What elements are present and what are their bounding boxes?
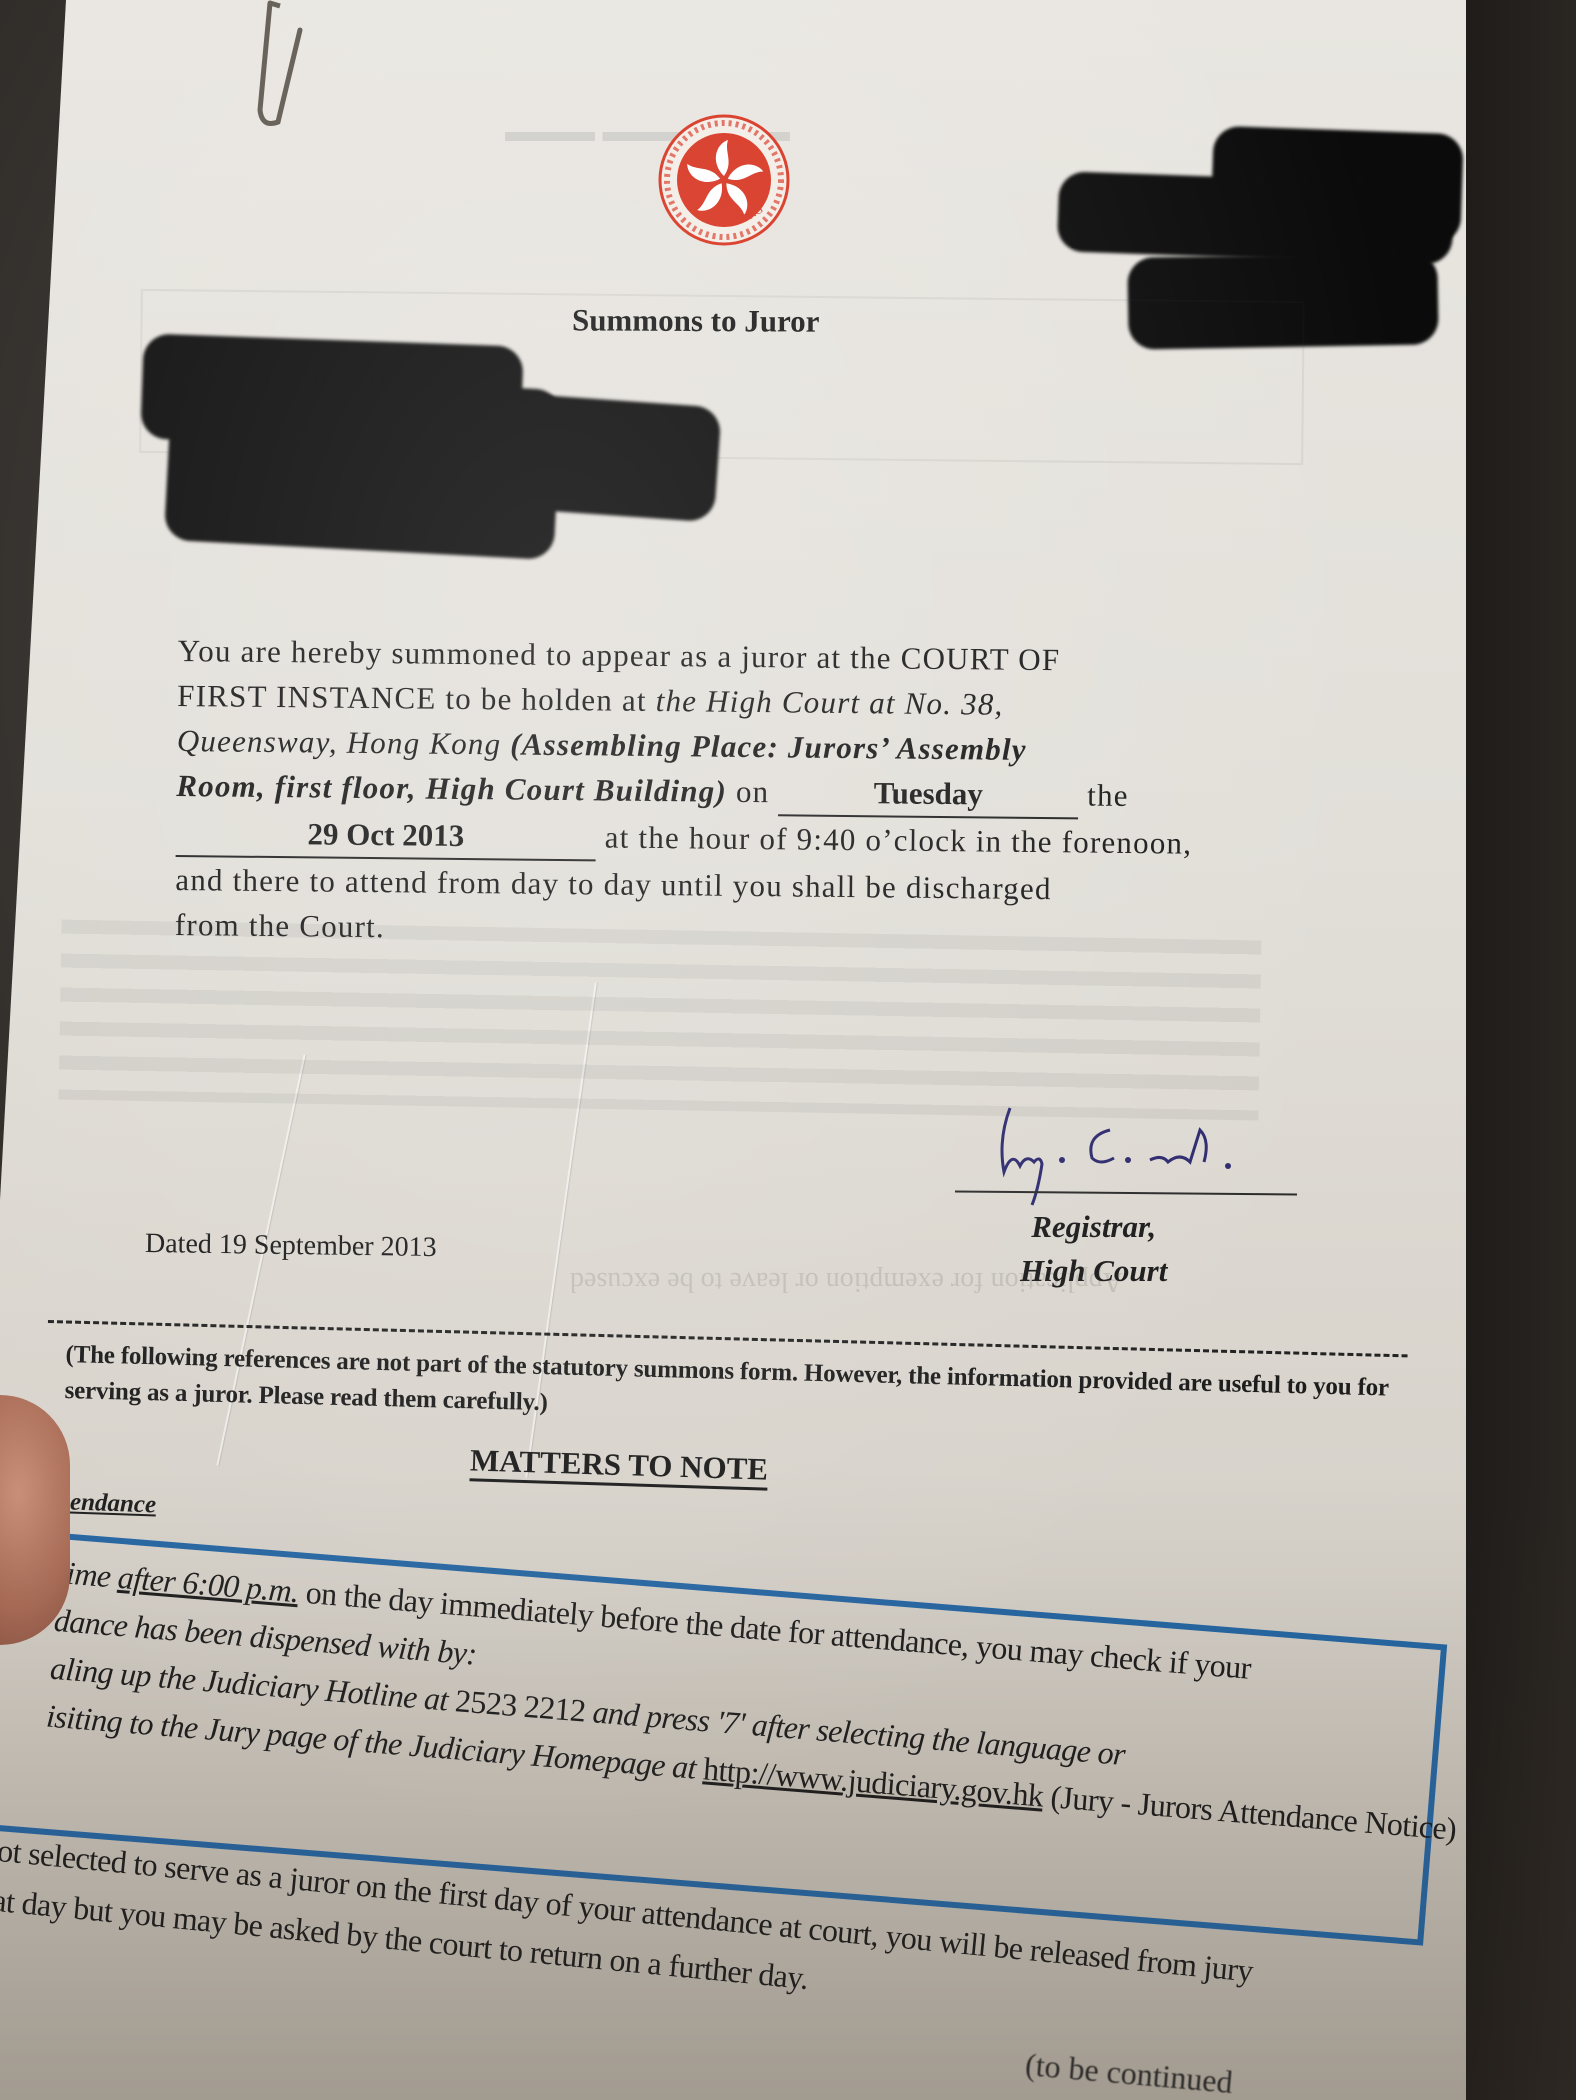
paperclip-icon <box>250 0 320 135</box>
time-after: after 6:00 p.m. <box>117 1559 301 1609</box>
court-address: Queensway, Hong Kong <box>177 723 511 761</box>
attendance-time: at the hour of 9:40 o’clock in the foren… <box>596 819 1193 860</box>
assembling-place: Room, first floor, High Court Building) <box>176 768 727 809</box>
summons-text: FIRST INSTANCE to be holden at <box>177 678 656 718</box>
bleed-through-text <box>59 920 1262 1121</box>
attendance-day: Tuesday <box>778 769 1078 819</box>
court-address: the High Court at No. 38, <box>656 683 1004 722</box>
hotline-number: 2523 2212 <box>454 1682 587 1728</box>
summons-body: You are hereby summoned to appear as a j… <box>175 628 1286 959</box>
bleed-through-text: Application for exemption or leave to be… <box>570 1265 1123 1297</box>
signatory-line: Registrar, <box>1020 1205 1167 1249</box>
background-surface <box>1466 0 1576 2100</box>
subsection-heading: endance <box>70 1489 157 1520</box>
redaction-mark <box>1057 171 1455 265</box>
assembling-place: (Assembling Place: Jurors’ Assembly <box>510 726 1027 766</box>
thumb <box>0 1395 70 1645</box>
summons-text: on <box>727 774 779 810</box>
summons-text: the <box>1078 777 1129 813</box>
attendance-date: 29 Oct 2013 <box>176 810 596 861</box>
redaction-mark <box>496 393 721 523</box>
hong-kong-emblem-icon: HONG KONG <box>656 112 792 248</box>
dated-line: Dated 19 September 2013 <box>145 1228 437 1264</box>
